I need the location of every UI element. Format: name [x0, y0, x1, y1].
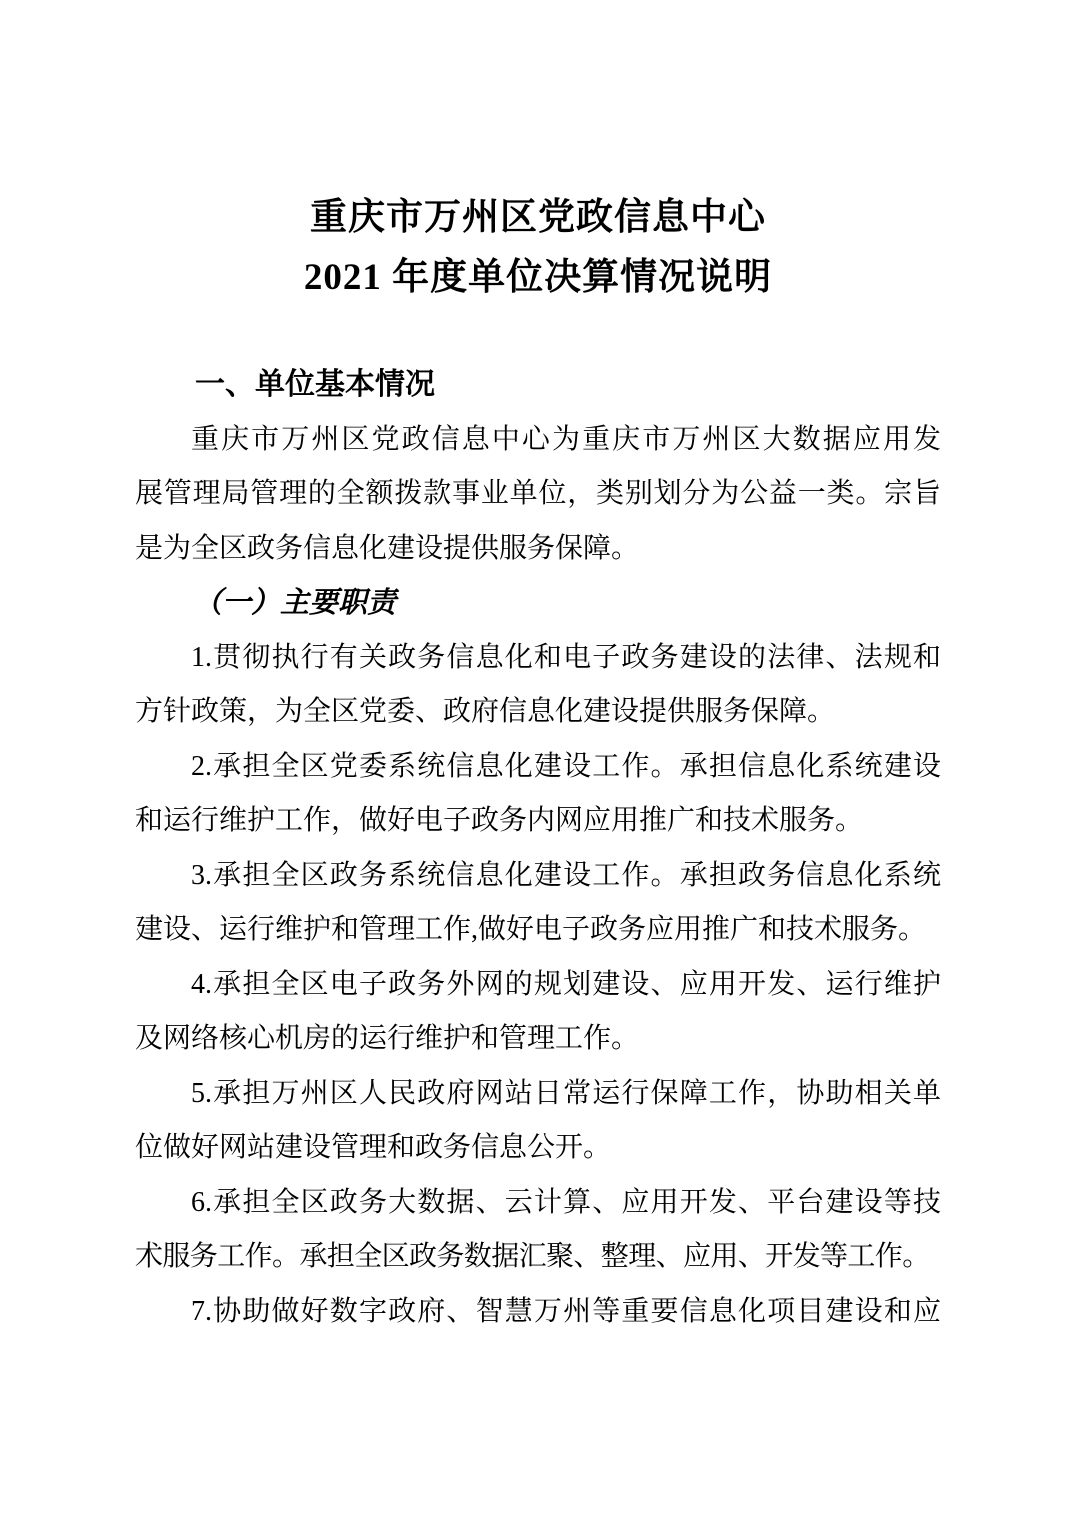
paragraph: 3.承担全区政务系统信息化建设工作。承担政务信息化系统建设、运行维护和管理工作,…: [135, 849, 941, 958]
text-line: 方针政策，为全区党委、政府信息化建设提供服务保障。: [135, 685, 941, 740]
text-line: 6.承担全区政务大数据、云计算、应用开发、平台建设等技: [135, 1176, 941, 1231]
text-line: 一、单位基本情况: [135, 358, 941, 413]
text-line: 展管理局管理的全额拨款事业单位，类别划分为公益一类。宗旨: [135, 467, 941, 522]
paragraph: 1.贯彻执行有关政务信息化和电子政务建设的法律、法规和方针政策，为全区党委、政府…: [135, 631, 941, 740]
text-line: （一）主要职责: [135, 576, 941, 631]
paragraph: 2.承担全区党委系统信息化建设工作。承担信息化系统建设和运行维护工作，做好电子政…: [135, 740, 941, 849]
text-line: 1.贯彻执行有关政务信息化和电子政务建设的法律、法规和: [135, 631, 941, 686]
document-body: 一、单位基本情况重庆市万州区党政信息中心为重庆市万州区大数据应用发展管理局管理的…: [135, 358, 941, 1339]
text-line: 是为全区政务信息化建设提供服务保障。: [135, 522, 941, 577]
paragraph: 7.协助做好数字政府、智慧万州等重要信息化项目建设和应: [135, 1285, 941, 1340]
text-line: 重庆市万州区党政信息中心为重庆市万州区大数据应用发: [135, 413, 941, 468]
text-line: 术服务工作。承担全区政务数据汇聚、整理、应用、开发等工作。: [135, 1230, 941, 1285]
heading1: 一、单位基本情况: [135, 358, 941, 413]
document-page: 重庆市万州区党政信息中心2021 年度单位决算情况说明 一、单位基本情况重庆市万…: [0, 0, 1074, 1520]
text-line: 4.承担全区电子政务外网的规划建设、应用开发、运行维护: [135, 958, 941, 1013]
document-title: 重庆市万州区党政信息中心2021 年度单位决算情况说明: [135, 0, 941, 308]
paragraph: 4.承担全区电子政务外网的规划建设、应用开发、运行维护及网络核心机房的运行维护和…: [135, 958, 941, 1067]
paragraph: 5.承担万州区人民政府网站日常运行保障工作，协助相关单位做好网站建设管理和政务信…: [135, 1067, 941, 1176]
document-title-line: 2021 年度单位决算情况说明: [135, 248, 941, 308]
text-line: 位做好网站建设管理和政务信息公开。: [135, 1121, 941, 1176]
text-line: 7.协助做好数字政府、智慧万州等重要信息化项目建设和应: [135, 1285, 941, 1340]
paragraph: 重庆市万州区党政信息中心为重庆市万州区大数据应用发展管理局管理的全额拨款事业单位…: [135, 413, 941, 577]
text-line: 5.承担万州区人民政府网站日常运行保障工作，协助相关单: [135, 1067, 941, 1122]
text-line: 3.承担全区政务系统信息化建设工作。承担政务信息化系统: [135, 849, 941, 904]
text-line: 建设、运行维护和管理工作,做好电子政务应用推广和技术服务。: [135, 903, 941, 958]
text-line: 2.承担全区党委系统信息化建设工作。承担信息化系统建设: [135, 740, 941, 795]
heading2: （一）主要职责: [135, 576, 941, 631]
text-line: 和运行维护工作，做好电子政务内网应用推广和技术服务。: [135, 794, 941, 849]
paragraph: 6.承担全区政务大数据、云计算、应用开发、平台建设等技术服务工作。承担全区政务数…: [135, 1176, 941, 1285]
document-content: 重庆市万州区党政信息中心2021 年度单位决算情况说明 一、单位基本情况重庆市万…: [135, 0, 941, 1339]
document-title-line: 重庆市万州区党政信息中心: [135, 188, 941, 248]
text-line: 及网络核心机房的运行维护和管理工作。: [135, 1012, 941, 1067]
